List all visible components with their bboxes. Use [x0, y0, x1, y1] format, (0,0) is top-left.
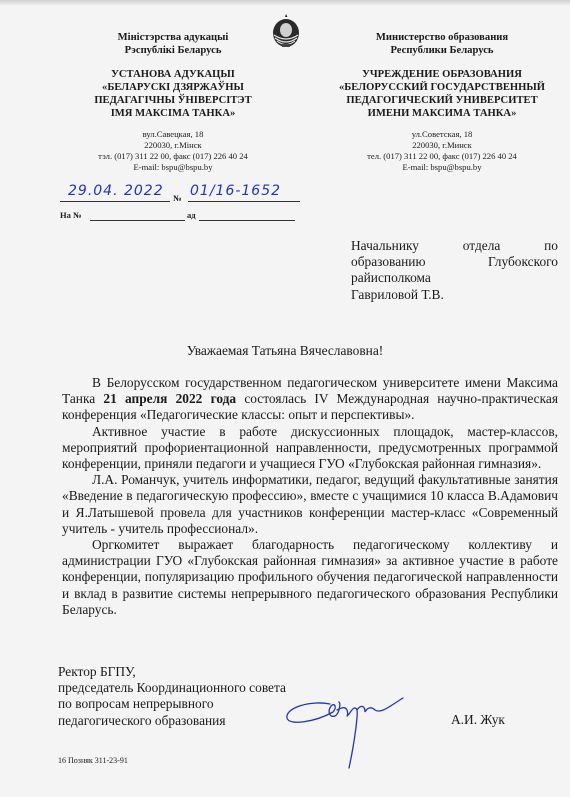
reply-from-underline	[199, 220, 295, 221]
address-line: 220030, г.Минск	[322, 140, 562, 151]
paragraph-4: Оргкомитет выражает благодарность педаго…	[62, 537, 558, 618]
ministry-by: Міністэрства адукацыі Рэспублікі Беларус…	[88, 31, 258, 57]
ministry-line: Республики Беларусь	[322, 44, 562, 57]
addressee-block: Начальнику отдела по образованию Глубокс…	[351, 238, 558, 303]
institution-line: УСТАНОВА АДУКАЦЫІ	[88, 68, 258, 81]
institution-line: ПЕДАГАГІЧНЫ ЎНІВЕРСІТЭТ	[88, 94, 258, 107]
institution-line: ІМЯ МАКСІМА ТАНКА»	[88, 107, 258, 120]
reply-underline	[90, 220, 185, 221]
address-line: ул.Советская, 18	[322, 129, 562, 140]
date-underline	[60, 201, 170, 202]
institution-line: ПЕДАГОГИЧЕСКИЙ УНИВЕРСИТЕТ	[322, 94, 562, 107]
address-line: вул.Савецкая, 18	[48, 129, 298, 140]
signer-name: А.И. Жук	[451, 712, 505, 728]
registration-block: 29.04. 2022 № 01/16-1652 На № ад	[60, 181, 300, 221]
address-by: вул.Савецкая, 18 220030, г.Мінск тэл. (0…	[48, 129, 298, 173]
greeting: Уважаемая Татьяна Вячеславовна!	[0, 343, 570, 359]
addressee-name: Гавриловой Т.В.	[351, 287, 558, 303]
paragraph-2: Активное участие в работе дискуссионных …	[62, 424, 558, 473]
reply-from-label: ад	[187, 210, 196, 220]
address-line: тел. (017) 311 22 00, факс (017) 226 40 …	[322, 151, 562, 162]
signatory-title: Ректор БГПУ, председатель Координационно…	[58, 664, 286, 729]
state-emblem-icon	[271, 13, 301, 49]
title-line: Ректор БГПУ,	[58, 664, 286, 680]
ministry-line: Рэспублікі Беларусь	[88, 44, 258, 57]
email-line: E-mail: bspu@bspu.by	[48, 162, 298, 173]
paragraph-3: Л.А. Романчук, учитель информатики, педа…	[62, 472, 558, 537]
institution-line: «БЕЛОРУССКИЙ ГОСУДАРСТВЕННЫЙ	[322, 81, 562, 94]
title-line: председатель Координационного совета	[58, 680, 286, 696]
addressee-line: Начальнику отдела по	[351, 238, 558, 254]
institution-line: УЧРЕЖДЕНИЕ ОБРАЗОВАНИЯ	[322, 68, 562, 81]
address-line: тэл. (017) 311 22 00, факс (017) 226 40 …	[48, 151, 298, 162]
addressee-line: райисполкома	[351, 270, 558, 286]
letter-body: В Белорусском государственном педагогиче…	[62, 375, 558, 618]
conference-date: 21 апреля 2022 года	[103, 391, 236, 406]
institution-line: ИМЕНИ МАКСИМА ТАНКА»	[322, 107, 562, 120]
handwritten-number: 01/16-1652	[190, 183, 281, 199]
address-ru: ул.Советская, 18 220030, г.Минск тел. (0…	[322, 129, 562, 173]
title-line: по вопросам непрерывного	[58, 696, 286, 712]
paragraph-1: В Белорусском государственном педагогиче…	[62, 375, 558, 424]
handwritten-date: 29.04. 2022	[68, 183, 164, 199]
number-underline	[188, 201, 300, 202]
reply-label: На №	[60, 210, 82, 220]
title-line: педагогического образования	[58, 713, 286, 729]
address-line: 220030, г.Мінск	[48, 140, 298, 151]
handwritten-signature-icon	[275, 690, 405, 770]
letter-page: Міністэрства адукацыі Рэспублікі Беларус…	[0, 0, 570, 797]
ministry-line: Міністэрства адукацыі	[88, 31, 258, 44]
number-label: №	[173, 193, 182, 203]
addressee-line: образованию Глубокского	[351, 254, 558, 270]
institution-line: «БЕЛАРУСКІ ДЗЯРЖАЎНЫ	[88, 81, 258, 94]
email-line: E-mail: bspu@bspu.by	[322, 162, 562, 173]
scan-top-shadow	[0, 0, 570, 6]
institution-ru: УЧРЕЖДЕНИЕ ОБРАЗОВАНИЯ «БЕЛОРУССКИЙ ГОСУ…	[322, 68, 562, 120]
letterhead-left: Міністэрства адукацыі Рэспублікі Беларус…	[88, 31, 258, 120]
ministry-ru: Министерство образования Республики Бела…	[322, 31, 562, 57]
letterhead-right: Министерство образования Республики Бела…	[322, 31, 562, 120]
ministry-line: Министерство образования	[322, 31, 562, 44]
footer-executor: 16 Позняк 311-23-91	[58, 756, 128, 765]
institution-by: УСТАНОВА АДУКАЦЫІ «БЕЛАРУСКІ ДЗЯРЖАЎНЫ П…	[88, 68, 258, 120]
